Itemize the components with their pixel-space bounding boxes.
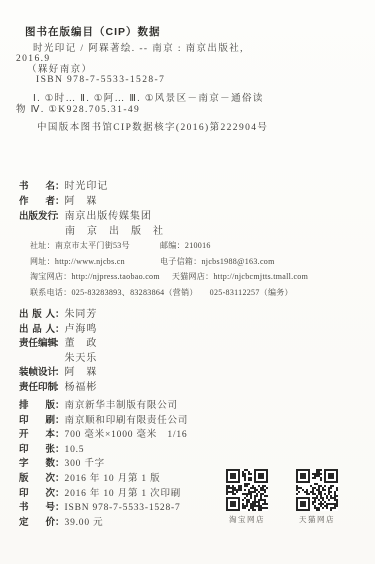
email-text: 电子信箱：njcbs1988@163.com (160, 257, 275, 266)
tmall-store-text: 天猫网店：http://njcbcmjtts.tmall.com (172, 272, 308, 281)
cip-title-line: 时光印记 / 阿槑著绘. -- 南京 : 南京出版社, (16, 44, 368, 55)
label-colon: ： (55, 196, 65, 207)
postcode-text: 邮编：210016 (160, 241, 211, 250)
field-row-editor: 责任编辑：董 政 (19, 335, 97, 350)
taobao-store-qr: 淘宝网店 (221, 469, 273, 525)
cip-registry-line: 中国版本图书馆CIP数据核字(2016)第222904号 (16, 123, 368, 134)
contact-row-address: 社址：南京市太平门街53号邮编：210016 (30, 238, 308, 254)
field-value: 阿 槑 (65, 196, 98, 207)
field-row-typesetting: 排版：南京新华丰制版有限公司 (19, 397, 188, 412)
website-text: 网址：http://www.njcbs.cn (30, 254, 160, 270)
field-value: 时光印记 (65, 181, 109, 192)
contact-row-stores: 淘宝网店：http://njpress.taobao.com天猫网店：http:… (30, 269, 308, 285)
field-row-producer: 出品人：卢海鸣 (19, 321, 97, 336)
label-colon: ： (55, 382, 65, 393)
field-row-publisher: 出版发行：南京出版传媒集团 (19, 207, 308, 222)
field-value: 300 千字 (65, 459, 105, 469)
taobao-store-text: 淘宝网店：http://njpress.taobao.com (30, 269, 160, 285)
tmall-qr-label: 天猫网店 (291, 514, 343, 525)
field-row-sheets: 印张：10.5 (19, 441, 188, 456)
cip-classification-line-2: 物 Ⅳ. ①K928.705.31-49 (16, 105, 368, 116)
label-colon: ： (55, 324, 65, 335)
field-value: 卢海鸣 (65, 324, 98, 335)
address-text: 社址：南京市太平门街53号 (30, 238, 160, 254)
cip-block: 图书在版编目（CIP）数据 时光印记 / 阿槑著绘. -- 南京 : 南京出版社… (16, 27, 368, 134)
field-value: 朱天乐 (65, 353, 98, 364)
field-value: 阿 槑 (65, 367, 98, 378)
cip-header: 图书在版编目（CIP）数据 (25, 27, 368, 38)
field-value: 杨福彬 (65, 382, 98, 393)
field-row-author: 作者：阿 槑 (19, 192, 308, 207)
field-value: 700 毫米×1000 毫米 1/16 (65, 430, 188, 440)
cip-classification-line-1: Ⅰ. ①时… Ⅱ. ①阿… Ⅲ. ①风景区－南京－通俗读 (16, 94, 368, 105)
book-info-block: 书名：时光印记 作者：阿 槑 出版发行：南京出版传媒集团 南 京 出 版 社 社… (19, 177, 308, 300)
label-colon: ： (55, 429, 65, 440)
label-colon: ： (55, 415, 65, 426)
staff-block: 出版人：朱同芳 出品人：卢海鸣 责任编辑：董 政 朱天乐 装帧设计：阿 槑 责任… (19, 306, 97, 393)
field-value: 南京出版传媒集团 (65, 211, 152, 222)
field-row-publisher-2: 南 京 出 版 社 (19, 222, 308, 237)
label-colon: ： (55, 444, 65, 455)
contact-block: 社址：南京市太平门街53号邮编：210016 网址：http://www.njc… (30, 238, 308, 300)
field-row-word-count: 字数：300 千字 (19, 455, 188, 470)
label-colon: ： (55, 400, 65, 411)
contact-row-phone: 联系电话：025-83283893、83283864（营销）025-831122… (30, 285, 308, 301)
field-row-format: 开本：700 毫米×1000 毫米 1/16 (19, 426, 188, 441)
label-colon: ： (55, 181, 65, 192)
colophon-page: 图书在版编目（CIP）数据 时光印记 / 阿槑著绘. -- 南京 : 南京出版社… (0, 0, 375, 564)
field-value: 南 京 出 版 社 (65, 226, 164, 237)
label-colon: ： (55, 367, 65, 378)
label-colon: ： (55, 211, 65, 222)
label-colon: ： (55, 338, 65, 349)
phone-marketing-text: 联系电话：025-83283893、83283864（营销） (30, 285, 198, 301)
field-label: 责任印制 (19, 381, 55, 396)
tmall-qrcode-image (296, 469, 338, 511)
qr-code-area: 淘宝网店 天猫网店 (0, 469, 375, 529)
field-row-designer: 装帧设计：阿 槑 (19, 364, 97, 379)
field-row-printer: 印刷：南京顺和印刷有限责任公司 (19, 412, 188, 427)
field-row-editor-2: 朱天乐 (19, 350, 97, 364)
field-value: 董 政 (65, 338, 98, 349)
field-row-chief-publisher: 出版人：朱同芳 (19, 306, 97, 321)
contact-row-website: 网址：http://www.njcbs.cn电子信箱：njcbs1988@163… (30, 254, 308, 270)
cip-isbn-line: ISBN 978-7-5533-1528-7 (16, 75, 368, 86)
tmall-store-qr: 天猫网店 (291, 469, 343, 525)
taobao-qr-label: 淘宝网店 (221, 514, 273, 525)
field-value: 南京新华丰制版有限公司 (65, 401, 178, 411)
field-row-print-supervisor: 责任印制：杨福彬 (19, 379, 97, 394)
field-value: 南京顺和印刷有限责任公司 (65, 416, 189, 426)
cip-series-line: （槑好南京） (16, 65, 368, 76)
label-colon: ： (55, 309, 65, 320)
field-value: 朱同芳 (65, 309, 98, 320)
phone-editorial-text: 025-83112257（编务） (210, 288, 293, 297)
field-value: 10.5 (65, 445, 85, 455)
field-row-title: 书名：时光印记 (19, 177, 308, 192)
cip-year-line: 2016.9 (16, 54, 368, 65)
label-colon: ： (55, 458, 65, 469)
taobao-qrcode-image (226, 469, 268, 511)
